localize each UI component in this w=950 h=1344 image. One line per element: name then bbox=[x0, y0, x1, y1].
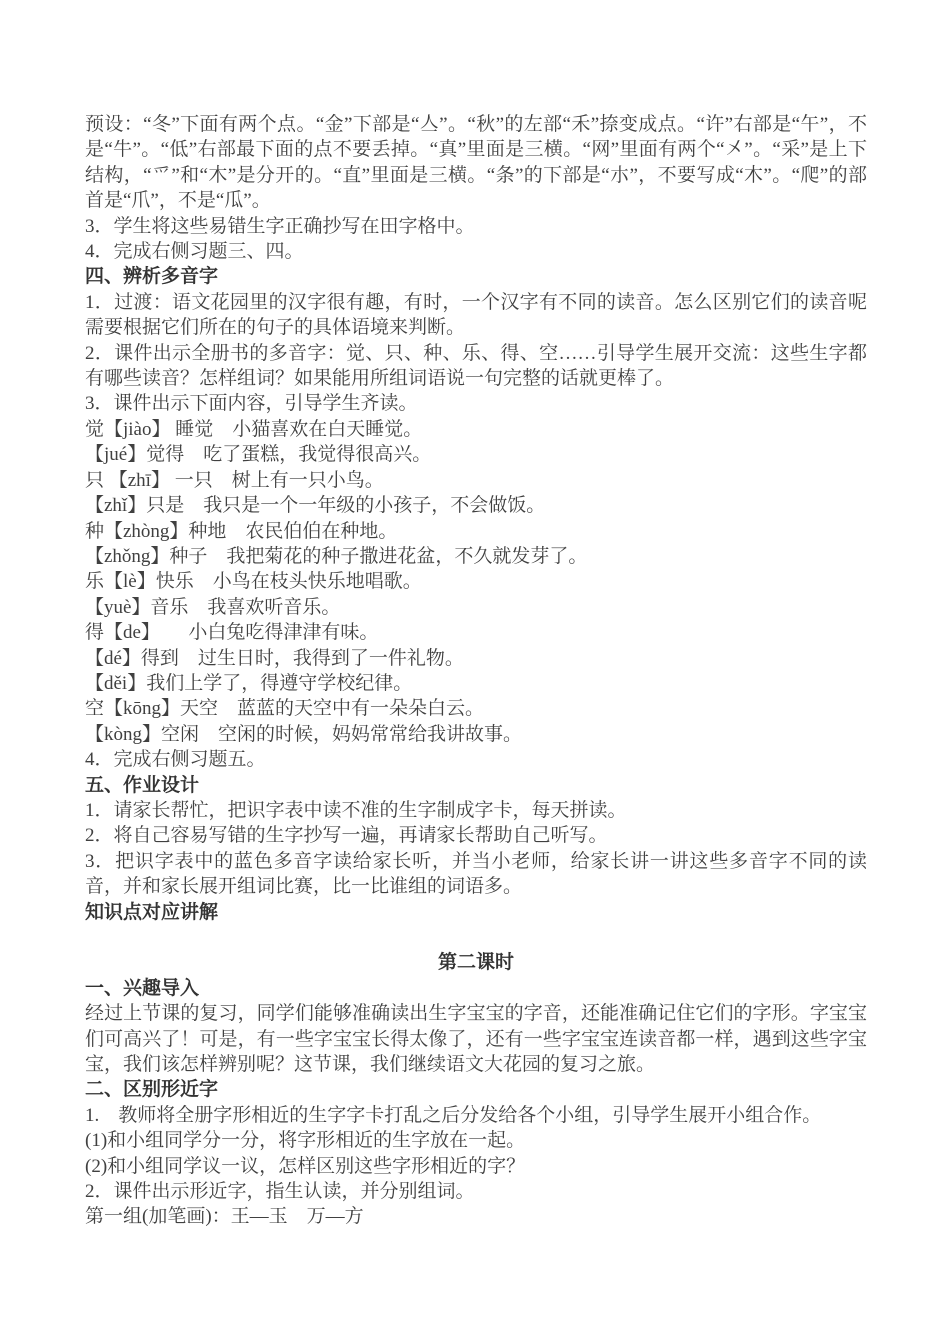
entry-jue4-jiao: 觉【jiào】 睡觉 小猫喜欢在白天睡觉。 bbox=[85, 417, 867, 442]
polyphonic-step-2: 2．课件出示全册书的多音字：觉、只、种、乐、得、空……引导学生展开交流：这些生字… bbox=[85, 341, 867, 392]
entry-jue2: 【jué】觉得 吃了蛋糕，我觉得很高兴。 bbox=[85, 442, 867, 467]
entry-zhong3: 【zhǒng】种子 我把菊花的种子撒进花盆，不久就发芽了。 bbox=[85, 544, 867, 569]
document-body: 预设：“冬”下面有两个点。“金”下部是“亼”。“秋”的左部“禾”捺变成点。“许”… bbox=[85, 112, 867, 1230]
entry-le4: 乐【lè】快乐 小鸟在枝头快乐地唱歌。 bbox=[85, 569, 867, 594]
preset-note-paragraph: 预设：“冬”下面有两个点。“金”下部是“亼”。“秋”的左部“禾”捺变成点。“许”… bbox=[85, 112, 867, 214]
polyphonic-step-4: 4．完成右侧习题五。 bbox=[85, 747, 867, 772]
group-1-add-strokes: 第一组(加笔画)：王—玉 万—方 bbox=[85, 1204, 867, 1229]
entry-de5: 得【de】 小白兔吃得津津有味。 bbox=[85, 620, 867, 645]
section-heading-polyphonic: 四、辨析多音字 bbox=[85, 264, 867, 289]
entry-zhi3: 【zhǐ】只是 我只是一个一年级的小孩子，不会做饭。 bbox=[85, 493, 867, 518]
similar-step-1-1: (1)和小组同学分一分，将字形相近的生字放在一起。 bbox=[85, 1128, 867, 1153]
similar-step-2: 2．课件出示形近字，指生认读，并分别组词。 bbox=[85, 1179, 867, 1204]
step-4-exercises: 4．完成右侧习题三、四。 bbox=[85, 239, 867, 264]
blank-line bbox=[85, 925, 867, 950]
entry-dei3: 【děi】我们上学了，得遵守学校纪律。 bbox=[85, 671, 867, 696]
section-heading-similar-chars: 二、区别形近字 bbox=[85, 1077, 867, 1102]
homework-3: 3．把识字表中的蓝色多音字读给家长听，并当小老师，给家长讲一讲这些多音字不同的读… bbox=[85, 849, 867, 900]
document-page: 预设：“冬”下面有两个点。“金”下部是“亼”。“秋”的左部“禾”捺变成点。“许”… bbox=[0, 0, 950, 1344]
similar-step-1-2: (2)和小组同学议一议，怎样区别这些字形相近的字？ bbox=[85, 1154, 867, 1179]
polyphonic-step-3: 3．课件出示下面内容，引导学生齐读。 bbox=[85, 391, 867, 416]
intro-paragraph: 经过上节课的复习，同学们能够准确读出生字宝宝的字音，还能准确记住它们的字形。字宝… bbox=[85, 1001, 867, 1077]
homework-2: 2．将自己容易写错的生字抄写一遍，再请家长帮助自己听写。 bbox=[85, 823, 867, 848]
similar-step-1: 1. 教师将全册字形相近的生字字卡打乱之后分发给各个小组，引导学生展开小组合作。 bbox=[85, 1103, 867, 1128]
section-heading-homework: 五、作业设计 bbox=[85, 773, 867, 798]
entry-kong1: 空【kōng】天空 蓝蓝的天空中有一朵朵白云。 bbox=[85, 696, 867, 721]
section-heading-intro: 一、兴趣导入 bbox=[85, 976, 867, 1001]
polyphonic-step-1: 1．过渡：语文花园里的汉字很有趣，有时，一个汉字有不同的读音。怎么区别它们的读音… bbox=[85, 290, 867, 341]
homework-1: 1．请家长帮忙，把识字表中读不准的生字制成字卡，每天拼读。 bbox=[85, 798, 867, 823]
lesson-2-title: 第二课时 bbox=[85, 950, 867, 975]
entry-zhong4: 种【zhòng】种地 农民伯伯在种地。 bbox=[85, 519, 867, 544]
entry-de2: 【dé】得到 过生日时，我得到了一件礼物。 bbox=[85, 646, 867, 671]
entry-zhi1: 只 【zhī】 一只 树上有一只小鸟。 bbox=[85, 468, 867, 493]
step-3-copy-characters: 3．学生将这些易错生字正确抄写在田字格中。 bbox=[85, 214, 867, 239]
entry-yue4: 【yuè】音乐 我喜欢听音乐。 bbox=[85, 595, 867, 620]
knowledge-points-heading: 知识点对应讲解 bbox=[85, 900, 867, 925]
entry-kong4: 【kòng】空闲 空闲的时候，妈妈常常给我讲故事。 bbox=[85, 722, 867, 747]
